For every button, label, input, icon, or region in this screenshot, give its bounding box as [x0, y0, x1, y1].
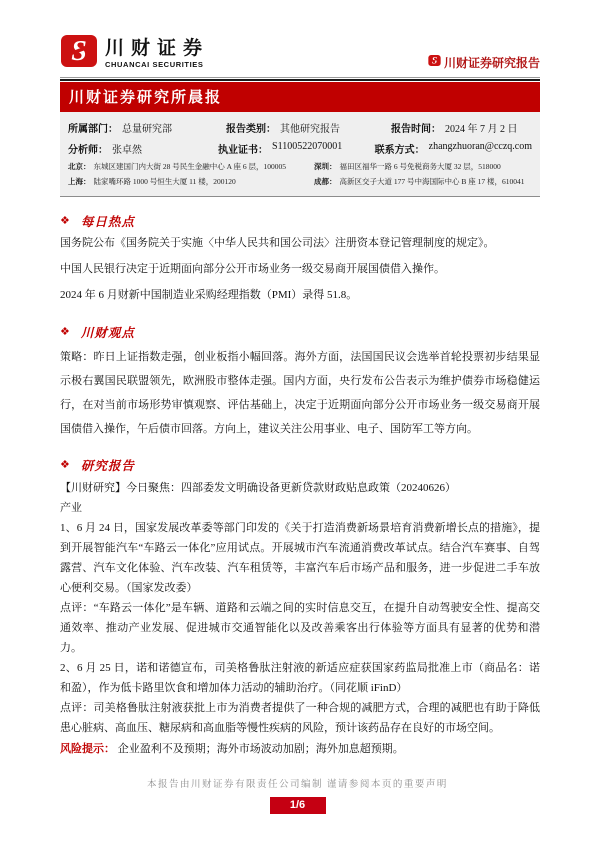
meta-analyst: 分析师： 张卓然 [68, 141, 218, 156]
research-item: 1、6 月 24 日，国家发展改革委等部门印发的《关于打造消费新场景培育消费新增… [60, 518, 540, 598]
research-headline: 【川财研究】今日聚焦：四部委发文明确设备更新贷款财政贴息政策（20240626） [60, 478, 540, 498]
header: S 川财证券 CHUANCAI SECURITIES S 川财证券研究报告 [60, 34, 540, 73]
report-tag-label: 川财证券研究报告 [444, 54, 540, 71]
daily-item: 2024 年 6 月财新中国制造业采购经理指数（PMI）录得 51.8。 [60, 282, 540, 308]
meta-row-2: 分析师： 张卓然 执业证书： S1100522070001 联系方式： zhan… [68, 138, 532, 159]
brand-logo: S 川财证券 CHUANCAI SECURITIES [60, 34, 209, 73]
office-row-2: 上海： 陆家嘴环路 1000 号恒生大厦 11 楼，200120 成都： 高新区… [68, 174, 532, 189]
section-research-title: 研究报告 [81, 456, 135, 474]
chuancai-mini-logo-icon: S [428, 54, 441, 71]
meta-license-no: 执业证书： S1100522070001 [218, 141, 375, 156]
research-industry-label: 产业 [60, 498, 540, 518]
header-divider [60, 77, 540, 81]
office-shenzhen: 深圳： 福田区福华一路 6 号免税商务大厦 32 层，518000 [314, 161, 532, 172]
report-title-banner: 川财证券研究所晨报 [60, 82, 540, 112]
chuancai-logo-icon: S [60, 34, 98, 73]
office-shanghai: 上海： 陆家嘴环路 1000 号恒生大厦 11 楼，200120 [68, 176, 314, 187]
research-comment: 点评：“车路云一体化”是车辆、道路和云端之间的实时信息交互，在提升自动驾驶安全性… [60, 598, 540, 658]
page-footer: 本报告由川财证券有限责任公司编制 谨请参阅本页的重要声明 1/6 [0, 776, 595, 814]
page-number-badge: 1/6 [270, 797, 326, 814]
daily-item: 中国人民银行决定于近期面向部分公开市场业务一级交易商开展国债借入操作。 [60, 256, 540, 282]
section-research-header: ❖ 研究报告 [60, 456, 540, 474]
report-tag: S 川财证券研究报告 [428, 54, 540, 73]
office-chengdu: 成都： 高新区交子大道 177 号中海国际中心 B 座 17 楼，610041 [314, 176, 532, 187]
section-daily-title: 每日热点 [81, 212, 135, 230]
section-view-header: ❖ 川财观点 [60, 323, 540, 341]
meta-row-1: 所属部门： 总量研究部 报告类别： 其他研究报告 报告时间： 2024 年 7 … [68, 117, 532, 138]
meta-report-type: 报告类别： 其他研究报告 [226, 120, 391, 135]
risk-warning-text: 企业盈利不及预期；海外市场波动加剧；海外加息超预期。 [118, 743, 404, 755]
report-meta-table: 所属部门： 总量研究部 报告类别： 其他研究报告 报告时间： 2024 年 7 … [60, 112, 540, 197]
section-view-title: 川财观点 [81, 323, 135, 341]
brand-name: 川财证券 CHUANCAI SECURITIES [105, 38, 209, 69]
section-bullet-icon: ❖ [60, 327, 70, 338]
research-block: 【川财研究】今日聚焦：四部委发文明确设备更新贷款财政贴息政策（20240626）… [60, 478, 540, 759]
section-bullet-icon: ❖ [60, 460, 70, 471]
footer-disclaimer: 本报告由川财证券有限责任公司编制 谨请参阅本页的重要声明 [0, 776, 595, 790]
daily-item: 国务院公布《国务院关于实施〈中华人民共和国公司法〉注册资本登记管理制度的规定》。 [60, 230, 540, 256]
report-page: S 川财证券 CHUANCAI SECURITIES S 川财证券研究报告 川财… [0, 0, 595, 842]
risk-warning: 风险提示： 企业盈利不及预期；海外市场波动加剧；海外加息超预期。 [60, 739, 540, 759]
section-daily-header: ❖ 每日热点 [60, 212, 540, 230]
research-comment: 点评：司美格鲁肽注射液获批上市为消费者提供了一种合规的减肥方式，合理的减肥也有助… [60, 698, 540, 738]
meta-contact-email: 联系方式： zhangzhuoran@cczq.com [375, 141, 532, 156]
meta-department: 所属部门： 总量研究部 [68, 120, 226, 135]
view-paragraph: 策略：昨日上证指数走强，创业板指小幅回落。海外方面，法国国民议会选举首轮投票初步… [60, 345, 540, 441]
risk-warning-label: 风险提示： [60, 743, 115, 755]
office-beijing: 北京： 东城区建国门内大街 28 号民生金融中心 A 座 6 层，100005 [68, 161, 314, 172]
section-bullet-icon: ❖ [60, 216, 70, 227]
brand-name-en: CHUANCAI SECURITIES [105, 60, 209, 69]
office-row-1: 北京： 东城区建国门内大街 28 号民生金融中心 A 座 6 层，100005 … [68, 159, 532, 174]
brand-name-cn: 川财证券 [105, 38, 209, 60]
research-item: 2、6 月 25 日，诺和诺德宣布，司美格鲁肽注射液的新适应症获国家药监局批准上… [60, 658, 540, 698]
meta-report-date: 报告时间： 2024 年 7 月 2 日 [391, 120, 532, 135]
